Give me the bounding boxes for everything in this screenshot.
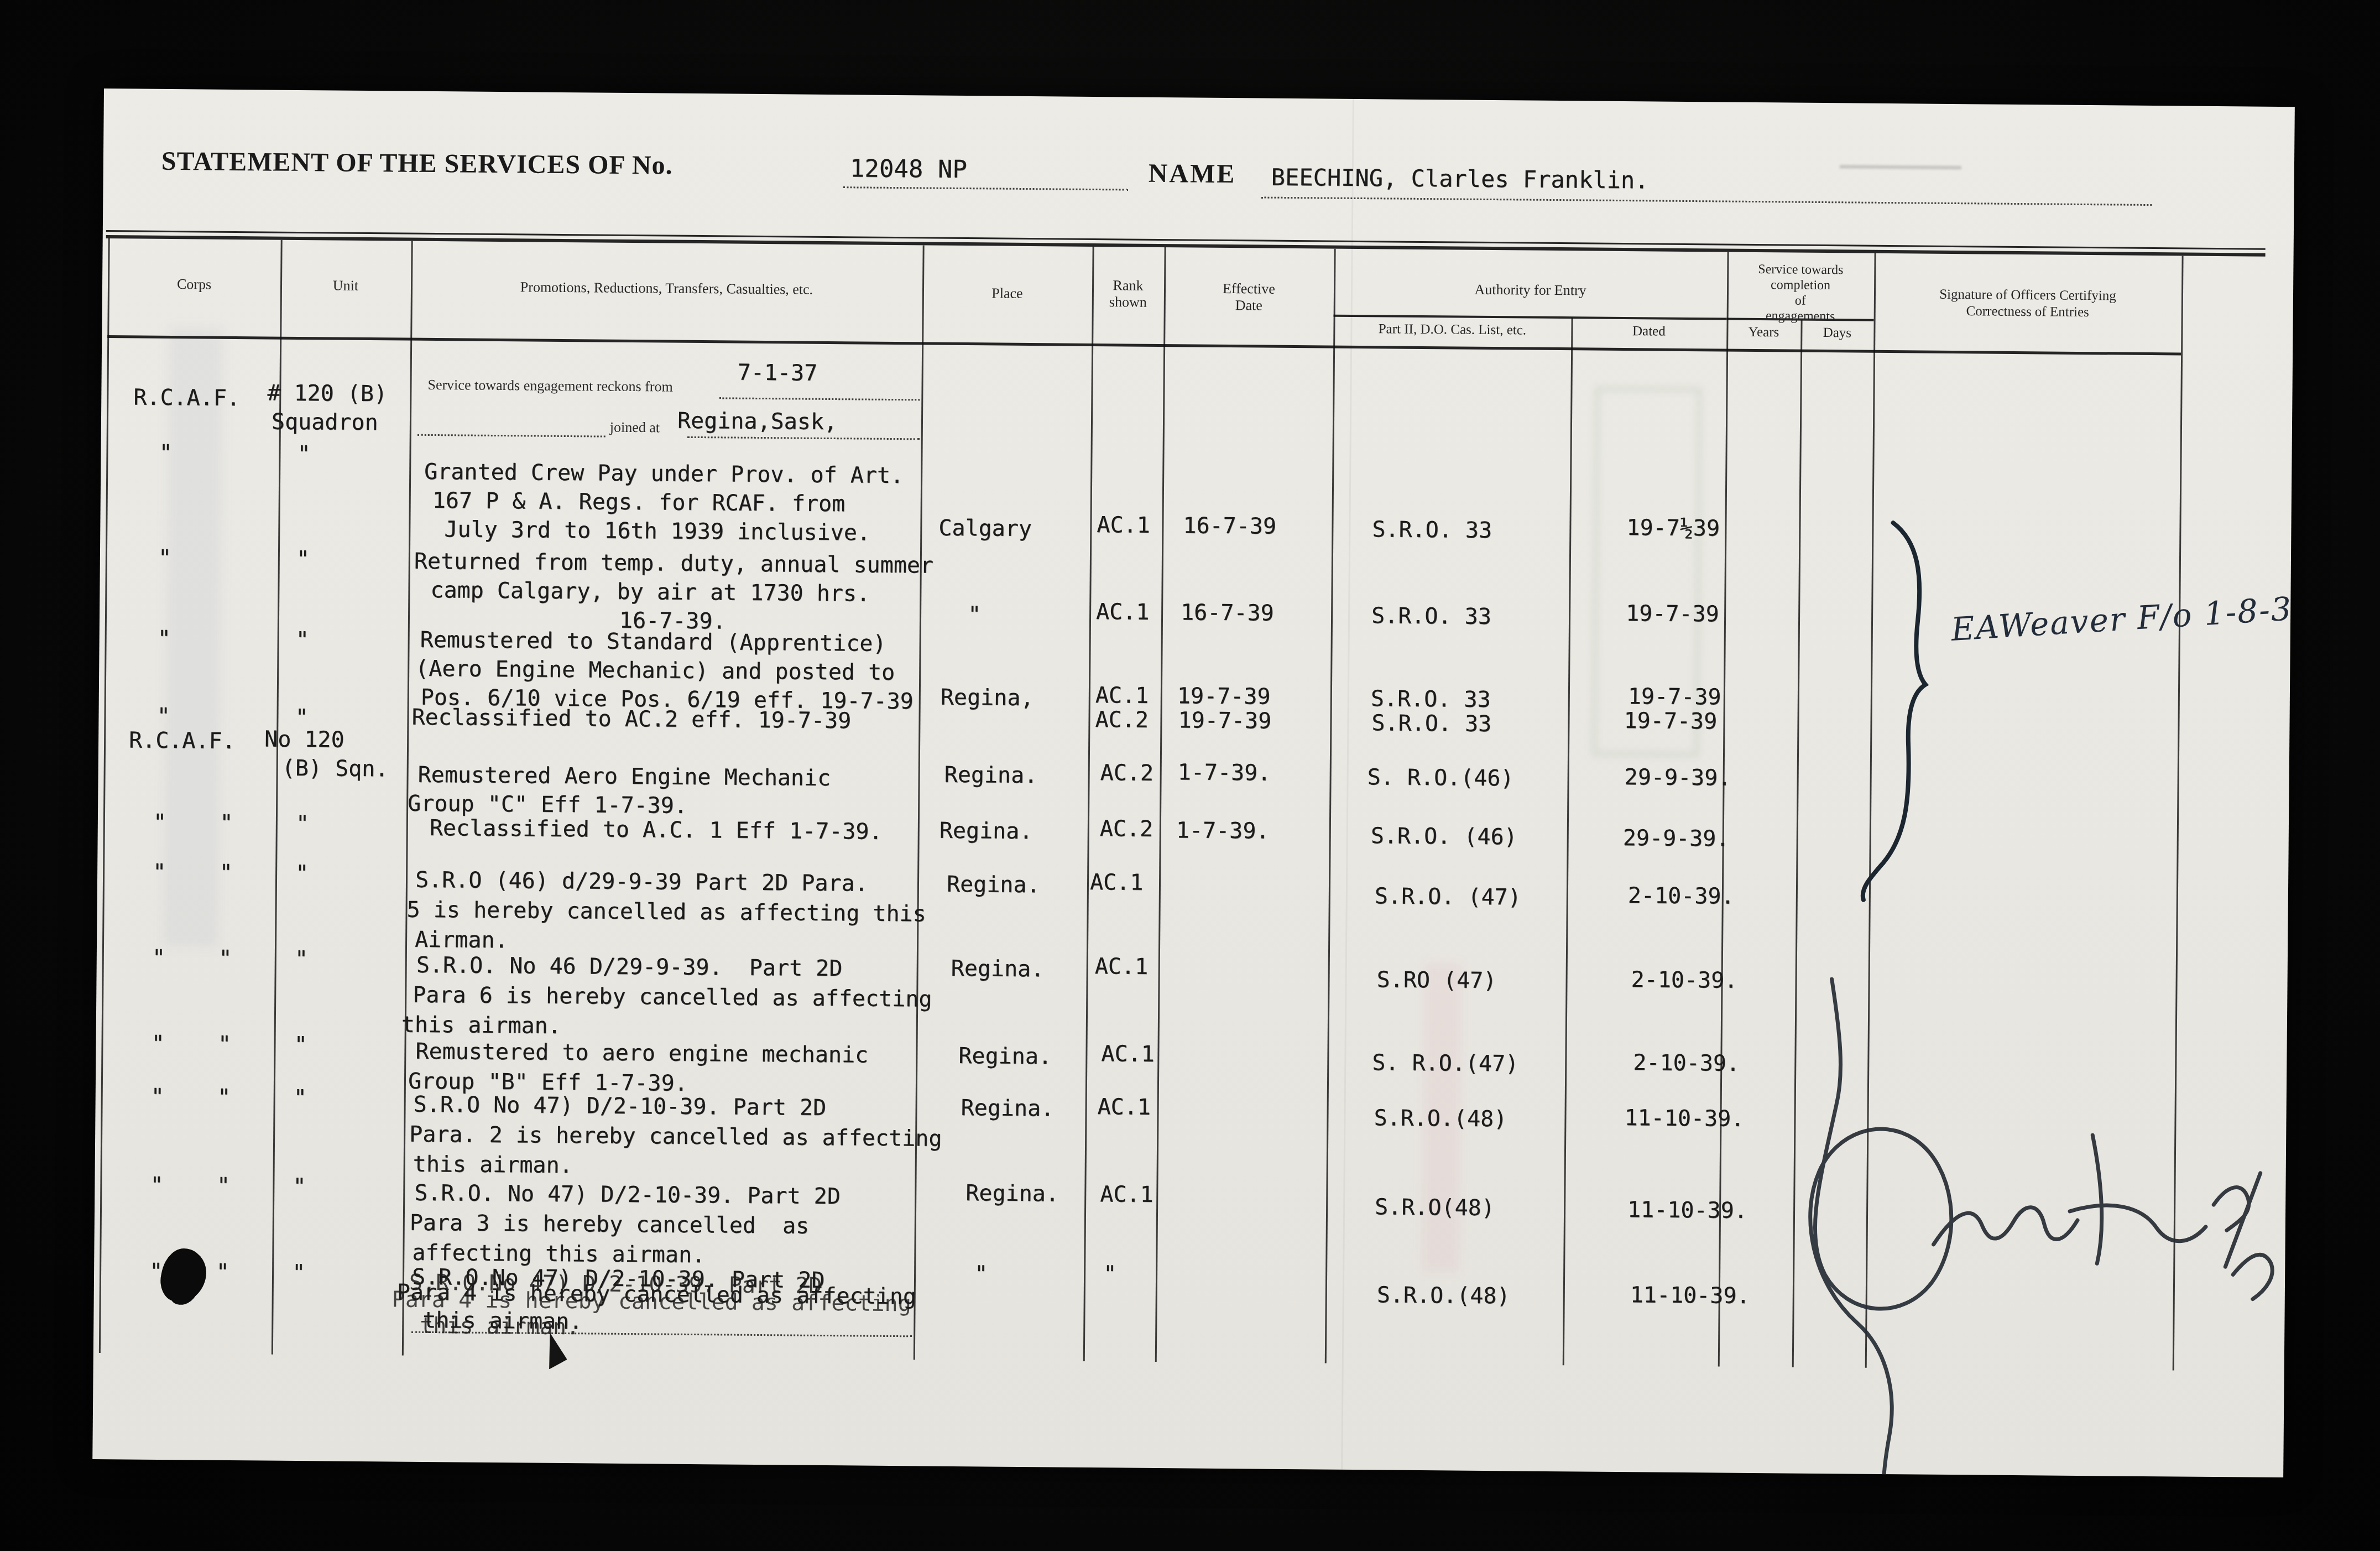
table-row: " " " S.R.O (46) d/29-9-39 Part 2D Para.… [104, 89, 2295, 107]
handwritten-caret-mark [537, 1330, 568, 1370]
service-number-underline [843, 184, 1128, 190]
entry-line: Remustered Aero Engine Mechanic [417, 761, 831, 793]
cell-place: Regina. [961, 1094, 1054, 1123]
cell-unit: " [294, 1084, 307, 1112]
cell-authority: S. R.O.(46) [1367, 763, 1513, 793]
cell-unit: " [292, 1258, 306, 1287]
joined-at-dots-right [687, 434, 920, 440]
cell-dated: 29-9-39. [1623, 824, 1730, 853]
cell-rank: AC.2 [1100, 814, 1154, 844]
col-header-days: Days [1800, 325, 1873, 341]
entry-line: camp Calgary, by air at 1730 hrs. [430, 576, 870, 608]
cell-dated: 2-10-39. [1628, 881, 1735, 911]
entry-line: Para 6 is hereby cancelled as affecting [413, 981, 932, 1014]
name-label: NAME [1149, 158, 1236, 189]
cell-rank: AC.2 [1100, 758, 1154, 788]
cell-corps: R.C.A.F. [129, 726, 236, 756]
cell-dated: 11-10-39. [1624, 1104, 1744, 1133]
cell-dated: 19-7-39 [1626, 599, 1719, 628]
table-row: " " " S.R.O.No 47) D/2-10-39. Part 2D Pa… [104, 89, 2295, 107]
cell-authority: S.RO (47) [1376, 965, 1496, 995]
cell-corps: " " [151, 1029, 231, 1059]
entry-line: Reclassified to AC.2 eff. 19-7-39 [411, 703, 851, 736]
grid-line [1865, 253, 1876, 1368]
cell-rank: AC.1 [1100, 1180, 1154, 1209]
cell-authority: S.R.O. 33 [1371, 601, 1491, 631]
grid-line [2173, 256, 2184, 1370]
cell-authority: S.R.O. 33 [1371, 709, 1491, 738]
cell-rank: AC.2 [1095, 705, 1149, 735]
grid-line [99, 238, 110, 1353]
entry-line: Remustered to Standard (Apprentice) [420, 626, 886, 658]
entry-line: Granted Crew Pay under Prov. of Art. [424, 457, 904, 490]
bleedthrough-stamp-left [163, 327, 223, 947]
cell-rank: AC.1 [1090, 868, 1144, 897]
table-row: " " " S.R.O. No 47) D/2-10-39. Part 2D P… [104, 89, 2295, 107]
entry-line: July 3rd to 16th 1939 inclusive. [444, 515, 870, 547]
joined-at-value: Regina,Sask, [677, 407, 837, 436]
cell-corps: " " [153, 808, 233, 837]
table-row: " " " Reclassified to A.C. 1 Eff 1-7-39.… [104, 89, 2295, 107]
col-header-authority: Authority for Entry [1334, 280, 1727, 300]
entry-line: Para 3 is hereby cancelled as [410, 1209, 810, 1241]
page-title: STATEMENT OF THE SERVICES OF No. [161, 146, 673, 181]
entry-line: 5 is hereby cancelled as affecting this [406, 896, 926, 929]
entry-line: 167 P & A. Regs. for RCAF. from [432, 486, 845, 518]
col-header-years: Years [1726, 325, 1800, 341]
table-row: " " Reclassified to AC.2 eff. 19-7-39 AC… [104, 89, 2295, 107]
cell-unit: " [295, 626, 309, 654]
reckons-from-dots [719, 395, 920, 400]
grid-line [914, 245, 925, 1360]
cell-effective: 1-7-39. [1176, 816, 1270, 845]
form-footer-dots [411, 1329, 912, 1337]
reckons-from-value: 7-1-37 [738, 358, 818, 388]
entry-line: (Aero Engine Mechanic) and posted to [415, 654, 895, 687]
col-header-promotions: Promotions, Reductions, Transfers, Casua… [411, 278, 922, 299]
grid-line [1325, 249, 1336, 1363]
entry-line: this airman. [413, 1150, 573, 1180]
cell-place: Regina. [944, 761, 1037, 790]
cell-unit: " [293, 1172, 306, 1201]
grid-line [1083, 247, 1094, 1361]
cell-dated: 11-10-39. [1627, 1195, 1747, 1225]
cell-unit: " [296, 545, 310, 574]
cell-unit: " [295, 859, 309, 888]
signature-scrawl [1808, 979, 2274, 1477]
cell-dated: 19-7½39 [1626, 513, 1720, 543]
cell-dated: 2-10-39. [1633, 1048, 1740, 1078]
cell-place: Regina. [947, 870, 1040, 899]
scanned-service-record: { "document": { "title_prefix": "STATEME… [0, 0, 2380, 1551]
cell-place: Regina. [958, 1042, 1052, 1071]
grid-line [1563, 318, 1573, 1365]
grid-line [1155, 247, 1166, 1362]
cell-authority: S. R.O.(47) [1372, 1048, 1518, 1078]
cell-authority: S.R.O. 33 [1372, 515, 1492, 545]
cell-place: Regina. [965, 1179, 1059, 1208]
name-underline [1261, 195, 2152, 206]
col-header-place: Place [922, 284, 1092, 303]
entry-line: Remustered to aero engine mechanic [415, 1037, 868, 1070]
table-row: " " Granted Crew Pay under Prov. of Art.… [104, 89, 2295, 107]
cell-unit: No 120 [264, 725, 345, 754]
service-record-sheet: STATEMENT OF THE SERVICES OF No. 12048 N… [92, 89, 2295, 1477]
cell-effective: 1-7-39. [1177, 758, 1271, 787]
joined-at-dots-left [417, 432, 606, 438]
name-value: BEECHING, Clarles Franklin. [1271, 164, 1649, 194]
cell-corps: " " [152, 944, 232, 973]
cell-corps: " [157, 624, 171, 653]
col-header-rank: Rank shown [1092, 277, 1164, 311]
cell-unit-line2: Squadron [272, 408, 378, 438]
col-header-authority-part2: Part II, D.O. Cas. List, etc. [1333, 321, 1571, 339]
cell-effective: 19-7-39 [1178, 706, 1271, 735]
table-row: " " " S.R.O No 47) D/2-10-39. Part 2D Pa… [104, 89, 2295, 107]
cell-dated: 2-10-39. [1631, 965, 1737, 995]
cell-unit: " [295, 945, 309, 974]
table-row: " " Remustered to Standard (Apprentice) … [104, 89, 2295, 107]
cell-effective: 16-7-39 [1183, 511, 1276, 540]
grid-line [1792, 320, 1803, 1367]
cell-place: " [968, 600, 982, 629]
col-header-service-completion: Service towards completion of engagement… [1727, 262, 1875, 325]
cell-authority: S.R.O. (46) [1371, 821, 1517, 851]
cell-corps: " " [153, 858, 233, 887]
cell-authority: S.R.O(48) [1375, 1193, 1495, 1222]
cell-rank: AC.1 [1097, 511, 1150, 540]
cell-unit: " [297, 440, 311, 469]
entry-line: Para. 2 is hereby cancelled as affecting [409, 1120, 942, 1153]
cell-dated: 11-10-39. [1630, 1281, 1750, 1310]
col-header-authority-dated: Dated [1571, 323, 1726, 340]
table-row: " " " Remustered to aero engine mechanic… [104, 89, 2295, 107]
cell-rank: AC.1 [1097, 1092, 1151, 1122]
authority-subrule [1334, 315, 1727, 320]
cell-unit-line2: (B) Sqn. [281, 754, 388, 784]
entry-line: S.R.O. No 47) D/2-10-39. Part 2D [414, 1179, 841, 1211]
entry-line: Returned from temp. duty, annual summer [414, 547, 934, 580]
cell-authority: S.R.O. (47) [1375, 882, 1521, 912]
cell-rank: AC.1 [1101, 1039, 1155, 1069]
cell-dated: 29-9-39. [1624, 763, 1731, 793]
cell-unit: # 120 (B) [267, 378, 387, 408]
cell-corps: R.C.A.F. [133, 383, 240, 413]
cell-place: Calgary [938, 514, 1032, 543]
cell-corps: " [159, 439, 173, 467]
hole-punch [156, 1245, 211, 1307]
col-header-effective-date: Effective Date [1164, 280, 1334, 315]
table-row: R.C.A.F. # 120 (B) Squadron Service towa… [104, 89, 2295, 107]
cell-corps: " " [151, 1082, 231, 1112]
cell-place: Regina. [951, 954, 1045, 983]
cell-corps: " [158, 544, 172, 572]
cell-corps: " " [150, 1171, 230, 1200]
pencil-smudge [1840, 165, 1961, 169]
table-row: " " " S.R.O. No 46 D/29-9-39. Part 2D Pa… [104, 89, 2295, 107]
table-row: " " Returned from temp. duty, annual sum… [104, 89, 2295, 107]
service-number-value: 12048 NP [850, 154, 967, 184]
entry-line: S.R.O (46) d/29-9-39 Part 2D Para. [415, 866, 868, 898]
col-header-signature: Signature of Officers Certifying Correct… [1874, 286, 2181, 322]
cell-rank: " [1103, 1259, 1117, 1288]
cell-effective: 16-7-39 [1181, 598, 1274, 627]
table-row: R.C.A.F. No 120 (B) Sqn. Remustered Aero… [104, 89, 2295, 107]
cell-place: " [974, 1259, 988, 1288]
col-header-unit: Unit [280, 277, 411, 295]
reckons-from-label: Service towards engagement reckons from [427, 377, 673, 395]
fold-line [1341, 99, 1354, 1470]
cell-authority: S.R.O.(48) [1377, 1281, 1510, 1310]
cell-rank: AC.1 [1096, 597, 1150, 627]
signature-weaver: EAWeaver F/o 1-8-39 [1949, 589, 2293, 648]
cell-unit: " [294, 1030, 307, 1059]
entry-line: this airman. [401, 1011, 561, 1040]
col-header-corps: Corps [108, 275, 280, 294]
joined-at-label: joined at [610, 419, 660, 436]
cell-dated: 19-7-39 [1624, 706, 1717, 736]
cell-place: Regina. [940, 816, 1033, 846]
entry-line: Reclassified to A.C. 1 Eff 1-7-39. [430, 814, 883, 846]
entry-line: S.R.O No 47) D/2-10-39. Part 2D [413, 1090, 826, 1122]
cell-place: Regina, [941, 683, 1034, 712]
entry-line: S.R.O. No 46 D/29-9-39. Part 2D [416, 951, 843, 983]
cell-rank: AC.1 [1095, 952, 1149, 981]
cell-unit: " [296, 809, 310, 838]
cell-authority: S.R.O.(48) [1374, 1104, 1507, 1133]
